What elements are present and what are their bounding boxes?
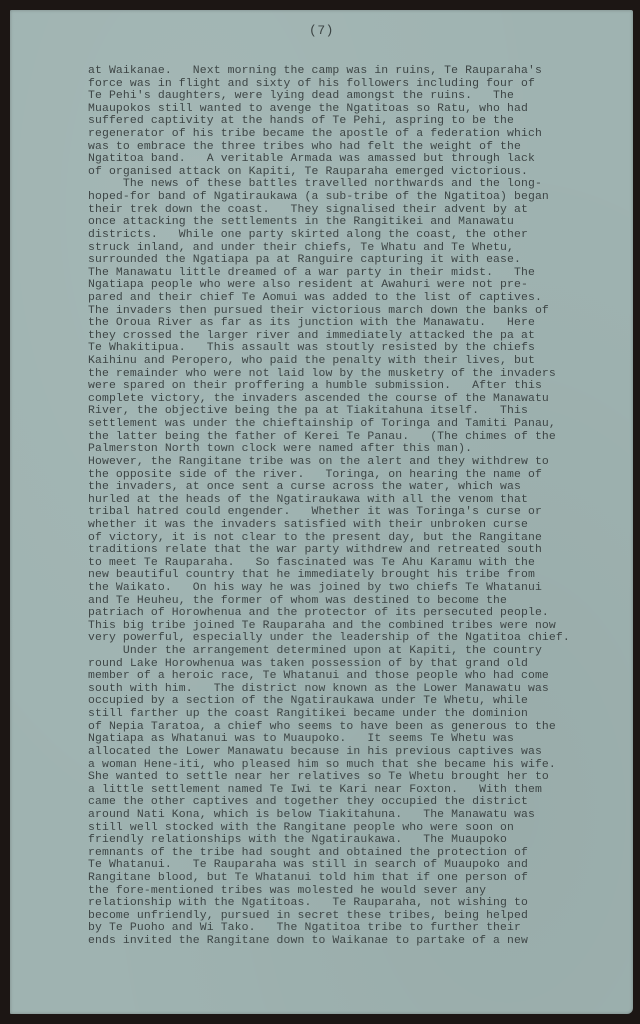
text-line: ends invited the Rangitane down to Waika… <box>88 935 570 948</box>
text-line: the Waikato. On his way he was joined by… <box>88 582 570 595</box>
text-line: Kaihinu and Peropero, who paid the penal… <box>88 355 570 368</box>
text-line: districts. While one party skirted along… <box>88 229 570 242</box>
text-line: Ngatitoa band. A veritable Armada was am… <box>88 153 570 166</box>
text-line: patriach of Horowhenua and the protector… <box>88 607 570 620</box>
text-line: allocated the Lower Manawatu because in … <box>88 746 570 759</box>
text-line: pared and their chief Te Aomui was added… <box>88 292 570 305</box>
text-line: Palmerston North town clock were named a… <box>88 443 570 456</box>
text-line: surrounded the Ngatiapa pa at Ranguire c… <box>88 254 570 267</box>
typewritten-body: at Waikanae. Next morning the camp was i… <box>88 65 570 948</box>
document-page: (7) at Waikanae. Next morning the camp w… <box>10 10 633 1014</box>
text-line: She wanted to settle near her relatives … <box>88 771 570 784</box>
text-line: were spared on their proffering a humble… <box>88 380 570 393</box>
text-line: Te Pehi's daughters, were lying dead amo… <box>88 90 570 103</box>
text-line: Ngatiapa as Whatanui was to Muaupoko. It… <box>88 733 570 746</box>
text-line: settlement was under the chieftainship o… <box>88 418 570 431</box>
text-line: friendly relationships with the Ngatirau… <box>88 834 570 847</box>
text-line: the invaders, at once sent a curse acros… <box>88 481 570 494</box>
text-line: at Waikanae. Next morning the camp was i… <box>88 65 570 78</box>
text-line: around Nati Kona, which is below Tiakita… <box>88 809 570 822</box>
text-line: regenerator of his tribe became the apos… <box>88 128 570 141</box>
text-line: relationship with the Ngatitoas. Te Raup… <box>88 897 570 910</box>
text-line: the Oroua River as far as its junction w… <box>88 317 570 330</box>
text-line: hoped-for band of Ngatiraukawa (a sub-tr… <box>88 191 570 204</box>
page-number: (7) <box>10 23 633 38</box>
text-line: Under the arrangement determined upon at… <box>88 645 570 658</box>
text-line: still farther up the coast Rangitikei be… <box>88 708 570 721</box>
text-line: member of a heroic race, Te Whatanui and… <box>88 670 570 683</box>
text-line: whether it was the invaders satisfied wi… <box>88 519 570 532</box>
text-line: However, the Rangitane tribe was on the … <box>88 456 570 469</box>
text-line: Rangitane blood, but Te Whatanui told hi… <box>88 872 570 885</box>
text-line: traditions relate that the war party wit… <box>88 544 570 557</box>
